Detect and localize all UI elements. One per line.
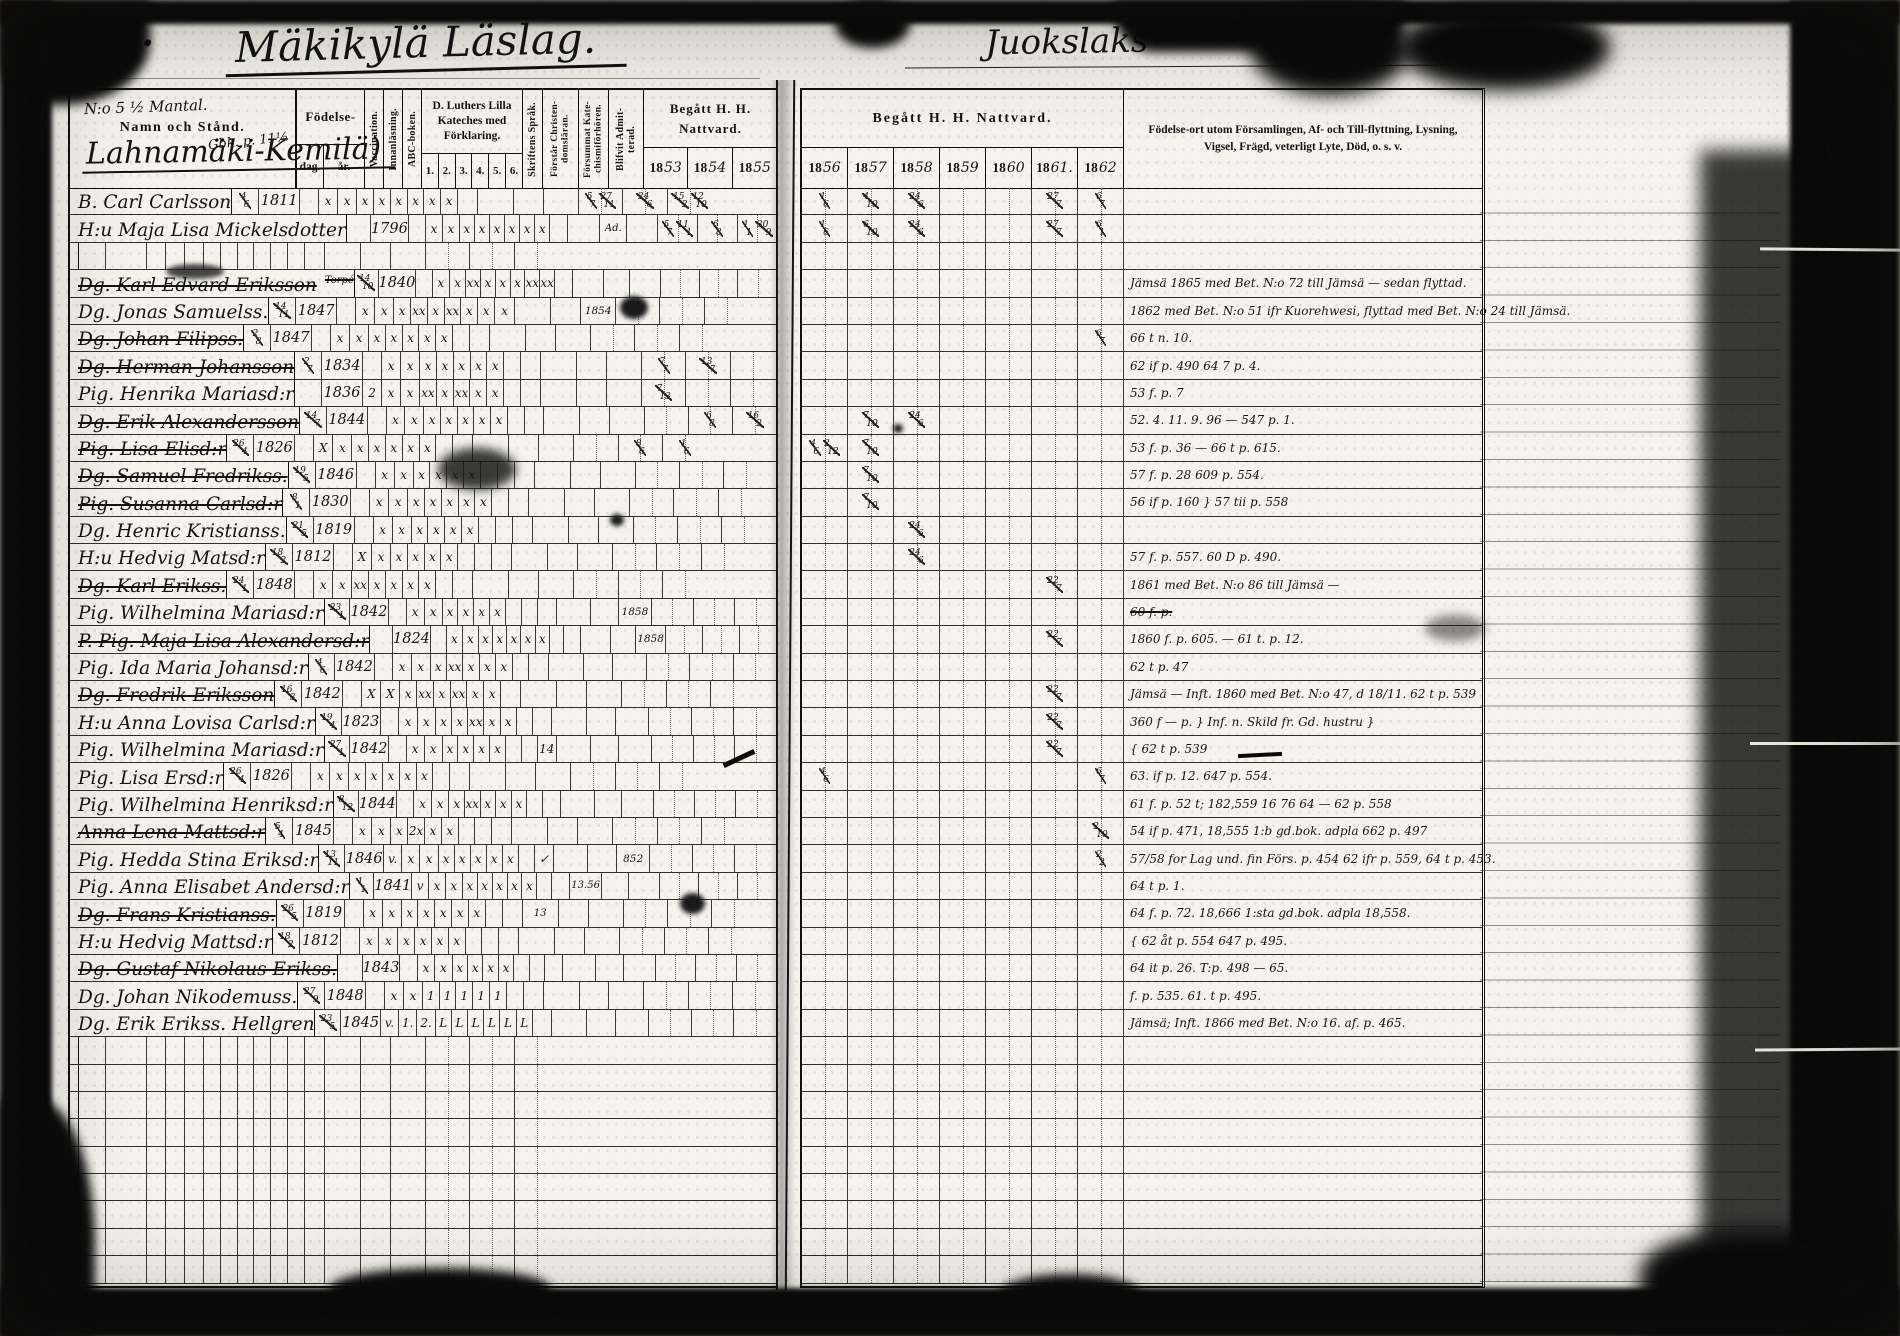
catechism-cell-5: 1: [490, 982, 507, 1008]
communion-cell-1862: [1078, 435, 1124, 461]
reading-cell: [166, 1092, 185, 1118]
catechism-cell-2: xx: [447, 654, 463, 680]
communion-cell-1862: 67: [1078, 188, 1124, 214]
catechism-cell-4: L: [484, 1010, 500, 1036]
birth-day-cell: 194: [316, 708, 342, 734]
communion-cell-1854: [619, 571, 663, 597]
farm-name-heading: Lahnamäki-Kemilä): [82, 131, 396, 173]
missed-cell: [569, 517, 599, 543]
date-fraction: 235: [319, 1015, 336, 1031]
communion-header-right: Begått H. H. Nattvard.: [802, 90, 1124, 148]
missed-cell: [361, 243, 391, 269]
date-fraction: 227: [1046, 577, 1063, 593]
communion-cell-1860: [986, 1174, 1032, 1200]
language-cell: [525, 407, 545, 433]
catechism-cell-4: x: [499, 955, 514, 981]
communion-cell-1853: [613, 818, 657, 844]
communion-cell-1859: [940, 873, 986, 899]
communion-cell-1857: [848, 544, 894, 570]
catechism-cell-1: x: [369, 325, 386, 351]
register-row: Pig. Lisa Ersd:r2641826xxxxxxx: [70, 763, 777, 790]
catechism-cell-1: x: [357, 188, 374, 214]
register-row: [70, 1201, 777, 1228]
catechism-cell-6: [492, 489, 509, 515]
communion-cell-1856: [802, 407, 848, 433]
catechism-cell-4: x: [441, 544, 458, 570]
notes-cell: 54 if p. 471, 18,555 1:b gd.bok. adpla 6…: [1124, 818, 1482, 844]
notes-cell: [1124, 1174, 1482, 1200]
register-row: Pig. Ida Maria Johansd:r461842xxxxxxxx: [70, 654, 777, 681]
communion-cell-1854: [470, 1174, 514, 1200]
person-name: B. Carl Carlsson: [78, 192, 231, 213]
register-row-right: [802, 1119, 1482, 1146]
catechism-cell-2: [221, 1065, 238, 1091]
communion-cell-1859: [940, 435, 986, 461]
communion-cell-1859: [940, 325, 986, 351]
catechism-cell-5: x: [424, 188, 441, 214]
communion-cell-1862: [1078, 298, 1124, 324]
communion-cell-1862: [1078, 1201, 1124, 1227]
catechism-cell-5: [271, 1174, 288, 1200]
catechism-cell-3: x: [432, 928, 449, 954]
reading-cell: x: [376, 462, 395, 488]
admitted-cell: [595, 489, 630, 515]
abc-cell: x: [395, 462, 414, 488]
admitted-cell: [539, 435, 574, 461]
communion-cell-1859: [940, 654, 986, 680]
communion-cell-1862: [1078, 654, 1124, 680]
date-fraction: 194: [320, 714, 337, 730]
birth-day-cell: 28: [244, 325, 271, 351]
abc-cell: x: [404, 982, 423, 1008]
communion-cell-1858: [894, 380, 940, 406]
scanned-parish-register-page: 14. Mäkikylä Läslag. Juokslaks Lahnamäki…: [0, 0, 1900, 1336]
abc-book-label: ABC-boken.: [407, 108, 418, 170]
admitted-cell: [391, 1201, 426, 1227]
catechism-part-2: 2.: [439, 154, 456, 188]
communion-cell-1859: [940, 763, 986, 789]
catechism-cell-5: x: [512, 791, 528, 817]
birth-year-cell: 1842: [350, 599, 389, 625]
birth-year-cell: 1845: [341, 1010, 380, 1036]
missed-cell: [587, 708, 616, 734]
date-fraction: 28: [251, 330, 263, 346]
catechism-cell-5: [271, 1201, 288, 1227]
communion-cell-1856: [802, 654, 848, 680]
abc-cell: x: [333, 435, 352, 461]
missed-cell: [580, 982, 610, 1008]
communion-cell-1853: [666, 626, 703, 652]
communion-cell-1860: [986, 407, 1032, 433]
language-cell: [305, 1229, 325, 1255]
missed-cell: Ad.: [600, 215, 627, 241]
scan-white-streak: [1750, 742, 1900, 745]
birth-day-cell: [79, 1037, 106, 1063]
register-row-right: 64 t p. 1.: [802, 873, 1482, 900]
register-row: Pig. Henrika Mariasd:r18362xxxxxxxxx713: [70, 380, 777, 407]
missed-cell: [361, 1147, 391, 1173]
communion-cell-1853: 77: [642, 352, 686, 378]
communion-cell-1855: 11309: [738, 215, 777, 241]
communion-cell-1862: [1078, 955, 1124, 981]
language-cell: [552, 873, 570, 899]
person-name: Dg. Jonas Samuelss.: [78, 302, 268, 323]
catechism-cell-5: [506, 599, 522, 625]
communion-cell-1862: [1078, 1010, 1124, 1036]
birth-year-cell: 1845: [293, 818, 334, 844]
register-row: H:u Anna Lovisa Carlsd:r1941823xxxxxxxx: [70, 708, 777, 735]
notes-cell: Jämsä 1865 med Bet. N:o 72 till Jämsä — …: [1124, 270, 1482, 296]
communion-cell-1861: [1032, 352, 1078, 378]
catechism-header: D. Luthers Lilla Kateches med Förklaring…: [422, 90, 523, 154]
missed-cell: [361, 1174, 391, 1200]
register-row: H:u Hedvig Mattsd:r1821812xxxxxx: [70, 928, 777, 955]
birth-day-cell: 81: [283, 489, 310, 515]
communion-cell-1853: [624, 900, 668, 926]
communion-cell-1853: [613, 544, 657, 570]
understands-christianity-label: Förstår Christen- domsläran.: [550, 90, 571, 188]
catechism-cell-1: x: [349, 763, 366, 789]
communion-cell-1855: [515, 1229, 559, 1255]
understands-cell: [573, 270, 604, 296]
communion-cell-1858: [894, 1229, 940, 1255]
birth-year-cell: 1847: [271, 325, 312, 351]
communion-cell-1854: 68: [689, 407, 733, 433]
communion-cell-1857: [848, 900, 894, 926]
admitted-cell: [601, 462, 636, 488]
register-row-right: 61 f. p. 52 t; 182,559 16 76 64 — 62 p. …: [802, 791, 1482, 818]
vaccination-cell: [147, 1119, 166, 1145]
catechism-cell-3: x: [474, 736, 490, 762]
notes-cell: [1124, 1201, 1482, 1227]
reading-cell: x: [331, 325, 350, 351]
date-fraction: 163: [280, 686, 297, 702]
catechism-cell-1: x: [443, 599, 459, 625]
reading-cell: x: [402, 845, 420, 871]
communion-cell-1862: [1078, 462, 1124, 488]
reading-cell: x: [319, 188, 338, 214]
birth-day-cell: [79, 243, 106, 269]
catechism-cell-5: x: [467, 681, 484, 707]
date-fraction: 46: [239, 193, 251, 209]
catechism-cell-4: [254, 1201, 271, 1227]
catechism-cell-4: x: [452, 900, 469, 926]
communion-cell-1855: [515, 1092, 559, 1118]
abc-cell: [185, 1147, 204, 1173]
page-fold-line: [785, 80, 795, 1290]
communion-cell-1856: [802, 708, 848, 734]
communion-cell-1862: [1078, 571, 1124, 597]
birth-year-cell: [106, 1065, 147, 1091]
communion-cell-1861: [1032, 1037, 1078, 1063]
communion-cell-1859: [940, 571, 986, 597]
ink-dot: [893, 424, 903, 433]
communion-cell-1861: [1032, 544, 1078, 570]
communion-cell-1855: [515, 1119, 559, 1145]
communion-cell-1861: [1032, 873, 1078, 899]
vaccination-cell: [375, 654, 394, 680]
name-cell: [70, 1092, 79, 1118]
missed-cell: [591, 599, 619, 625]
admitted-cell: [539, 571, 574, 597]
catechism-cell-4: x: [508, 873, 523, 899]
right-table-header: Begått H. H. Nattvard. 1856 1857 1858 18…: [802, 90, 1482, 189]
admitted-cell: [391, 243, 426, 269]
register-row-right: 1862 med Bet. N:o 51 ifr Kuorehwesi, fly…: [802, 298, 1482, 325]
communion-cell-1855: [660, 763, 704, 789]
language-cell: [305, 1174, 325, 1200]
communion-cell-1856: [802, 599, 848, 625]
name-cell: P. Pig. Maja Lisa Alexandersd:r: [70, 626, 370, 652]
abc-cell: x: [450, 270, 467, 296]
reading-cell: x: [382, 380, 401, 406]
date-fraction: 67: [1095, 193, 1107, 209]
catechism-cell-4: x: [496, 791, 512, 817]
catechism-cell-3: x: [493, 873, 508, 899]
communion-cell-1860: [986, 626, 1032, 652]
communion-cell-1856: [802, 736, 848, 762]
communion-cell-1862: [1078, 544, 1124, 570]
communion-cell-1857: [848, 1092, 894, 1118]
catechism-cell-5: x: [536, 626, 550, 652]
year-header-1860: 1860: [986, 148, 1032, 188]
communion-cell-1854: [693, 845, 735, 871]
name-cell: Pig. Susanna Carlsd:r: [70, 489, 283, 515]
communion-cell-1853: [647, 654, 690, 680]
notes-cell: 1862 med Bet. N:o 51 ifr Kuorehwesi, fly…: [1124, 298, 1482, 324]
register-row-right: 64 f. p. 72. 18,666 1:sta gd.bok. adpla …: [802, 900, 1482, 927]
communion-cell-1859: [940, 407, 986, 433]
communion-cell-1855: [712, 900, 756, 926]
communion-cell-1862: [1078, 1065, 1124, 1091]
register-row: Dg. Frans Kristianss.2651819xxxxxxx13: [70, 900, 777, 927]
communion-cell-1859: [940, 517, 986, 543]
communion-cell-1853: [426, 1092, 470, 1118]
birth-year-cell: 1846: [345, 845, 384, 871]
communion-cell-1856: [802, 270, 848, 296]
reading-cell: [166, 1201, 185, 1227]
communion-cell-1860: [986, 791, 1032, 817]
catechism-cell-6: [288, 1147, 305, 1173]
register-row: H:u Maja Lisa Mickelsdotter1796xxxxxxxxA…: [70, 215, 777, 242]
communion-cell-1858: [894, 900, 940, 926]
communion-cell-1855: [736, 791, 777, 817]
catechism-cell-5: [271, 1092, 288, 1118]
catechism-cell-4: x: [459, 489, 476, 515]
name-cell: Dg. Fredrik Eriksson: [70, 681, 275, 707]
communion-cell-1860: [986, 736, 1032, 762]
communion-cell-1860: [986, 1092, 1032, 1118]
missed-cell: [565, 489, 595, 515]
language-cell: [555, 270, 573, 296]
date-fraction: 152: [671, 193, 688, 209]
page-fold-line: [776, 80, 778, 1290]
understands-cell: [325, 243, 361, 269]
communion-cell-1856: [802, 1037, 848, 1063]
notes-cell: 61 f. p. 52 t; 182,559 16 76 64 — 62 p. …: [1124, 791, 1482, 817]
catechism-cell-6: [288, 1201, 305, 1227]
catechism-cell-5: [458, 544, 475, 570]
abc-cell: x: [372, 818, 391, 844]
admitted-cell: [589, 900, 624, 926]
communion-cell-1853: [622, 681, 666, 707]
register-row: Dg. Johan Nikodemuss.2791848xx11111: [70, 982, 777, 1009]
date-fraction: 227: [1046, 714, 1063, 730]
catechism-cell-1: [204, 1201, 221, 1227]
register-row-right: [802, 1037, 1482, 1064]
catechism-cell-2: x: [428, 517, 445, 543]
missed-cell: [584, 654, 613, 680]
language-cell: [503, 900, 523, 926]
catechism-cell-6: [508, 407, 525, 433]
register-row: Dg. Samuel Fredrikss.1951846xxxxxx: [70, 462, 777, 489]
date-fraction: 46: [315, 659, 327, 675]
communion-cell-1856: [802, 982, 848, 1008]
register-row-right: 6766 t n. 10.: [802, 325, 1482, 352]
catechism-cell-6: [530, 955, 546, 981]
abc-cell: x: [418, 708, 436, 734]
register-row: Pig. Wilhelmina Mariasd:r2311842xxxxxx18…: [70, 599, 777, 626]
catechism-part-3: 3.: [456, 154, 473, 188]
communion-cell-1860: [986, 955, 1032, 981]
date-fraction: 68: [704, 412, 716, 428]
admitted-cell: [391, 1147, 426, 1173]
communion-cell-1861: [1032, 270, 1078, 296]
understands-cell: [325, 1037, 361, 1063]
missed-cell: [514, 188, 544, 214]
catechism-cell-2: x: [458, 736, 474, 762]
communion-cell-1861: [1032, 1229, 1078, 1255]
notes-cell: 63. if p. 12. 647 p. 554.: [1124, 763, 1482, 789]
catechism-cell-1: [204, 1119, 221, 1145]
catechism-cell-6: [288, 1037, 305, 1063]
register-row: P. Pig. Maja Lisa Alexandersd:r1824xxxxx…: [70, 626, 777, 653]
catechism-cell-2: x: [478, 873, 493, 899]
communion-cell-1857: [848, 243, 894, 269]
catechism-cell-4: [254, 1174, 271, 1200]
communion-cell-1858: [894, 845, 940, 871]
name-cell: Pig. Anna Elisabet Andersd:r: [70, 873, 350, 899]
communion-cell-1853: [426, 1174, 470, 1200]
reading-cell: X: [362, 681, 381, 707]
catechism-cell-5: [514, 955, 529, 981]
name-cell: Pig. Wilhelmina Mariasd:r: [70, 599, 325, 625]
communion-cell-1855: [515, 1201, 559, 1227]
language-cell: [538, 599, 557, 625]
communion-cell-1861: [1032, 1010, 1078, 1036]
communion-cell-1857: [848, 955, 894, 981]
communion-cell-1861: [1032, 599, 1078, 625]
notes-cell: 57 f. p. 557. 60 D p. 490.: [1124, 544, 1482, 570]
communion-cell-1856: [802, 873, 848, 899]
communion-cell-1860: [986, 928, 1032, 954]
reading-cell: x: [414, 791, 432, 817]
catechism-cell-5: [271, 243, 288, 269]
communion-cell-1858: [894, 489, 940, 515]
catechism-cell-1: [204, 1037, 221, 1063]
birth-day-cell: 54: [266, 818, 293, 844]
communion-cell-1860: [986, 270, 1032, 296]
communion-cell-1862: 22: [1078, 845, 1124, 871]
reading-cell: x: [418, 955, 435, 981]
communion-cell-1862: [1078, 380, 1124, 406]
notes-cell: 66 t n. 10.: [1124, 325, 1482, 351]
catechism-cell-6: [436, 571, 453, 597]
admitted-cell: [607, 352, 642, 378]
communion-cell-1861: [1032, 435, 1078, 461]
communion-cell-1859: [940, 708, 986, 734]
understands-cell: [325, 1065, 361, 1091]
abc-cell: x: [425, 736, 443, 762]
register-row: [70, 1147, 777, 1174]
communion-cell-1858: [894, 352, 940, 378]
vaccination-cell: [366, 982, 385, 1008]
language-cell: [543, 791, 561, 817]
catechism-cell-3: [238, 1201, 255, 1227]
missed-cell: [548, 544, 578, 570]
catechism-cell-6: [475, 544, 492, 570]
date-fraction: 246: [908, 412, 925, 428]
communion-cell-1853: [426, 1229, 470, 1255]
person-name: P. Pig. Maja Lisa Alexandersd:r: [78, 631, 369, 652]
birth-year-cell: 1847: [296, 298, 337, 324]
communion-cell-1862: 67: [1078, 325, 1124, 351]
date-fraction: 264: [232, 440, 249, 456]
communion-cell-1857: [848, 1037, 894, 1063]
catechism-cell-5: x: [475, 489, 492, 515]
catechism-cell-1: x: [424, 407, 441, 433]
birth-year-cell: 1812: [300, 928, 341, 954]
communion-cell-1857: [848, 1229, 894, 1255]
communion-cell-1860: [986, 243, 1032, 269]
register-row: Dg. Karl Erikss.2411848xxxxxxxx: [70, 571, 777, 598]
communion-cell-1861: 227: [1032, 626, 1078, 652]
ink-blot: [680, 893, 705, 914]
communion-cell-1853: 713: [642, 380, 686, 406]
catechism-cell-3: x: [425, 544, 442, 570]
register-row-right: 1641024627767: [802, 188, 1482, 215]
communion-cell-1855: [719, 489, 763, 515]
right-table-rows: 16410246277671661024627761Jämsä 1865 med…: [802, 188, 1482, 1284]
communion-cell-1857: [848, 325, 894, 351]
date-fraction: 46: [819, 768, 831, 784]
name-cell: Pig. Hedda Stina Eriksd:r: [70, 845, 319, 871]
catechism-cell-1: [204, 1256, 221, 1282]
birth-year-cell: 1844: [359, 791, 397, 817]
communion-cell-1857: [848, 1256, 894, 1282]
name-cell: B. Carl Carlsson: [70, 188, 232, 214]
understands-cell: [541, 380, 577, 406]
communion-cell-1861: [1032, 845, 1078, 871]
catechism-cell-4: x: [470, 380, 487, 406]
birth-day-cell: 46: [309, 654, 335, 680]
admitted-cell: [587, 681, 622, 707]
communion-cell-1853: [649, 708, 692, 734]
name-annotation: Torpé: [325, 275, 354, 286]
admitted-cell: [585, 928, 620, 954]
catechism-cell-3: x: [425, 818, 442, 844]
birth-year-cell: 1826: [251, 763, 292, 789]
language-cell: [550, 215, 568, 241]
reading-cell: x: [429, 873, 446, 899]
understands-cell: [533, 517, 569, 543]
communion-cell-1855: [515, 1174, 559, 1200]
person-name: Pig. Susanna Carlsd:r: [78, 494, 282, 515]
communion-cell-1860: [986, 380, 1032, 406]
communion-cell-1862: [1078, 1229, 1124, 1255]
person-name: Dg. Erik Alexandersson: [78, 412, 299, 433]
communion-cell-1859: [940, 982, 986, 1008]
